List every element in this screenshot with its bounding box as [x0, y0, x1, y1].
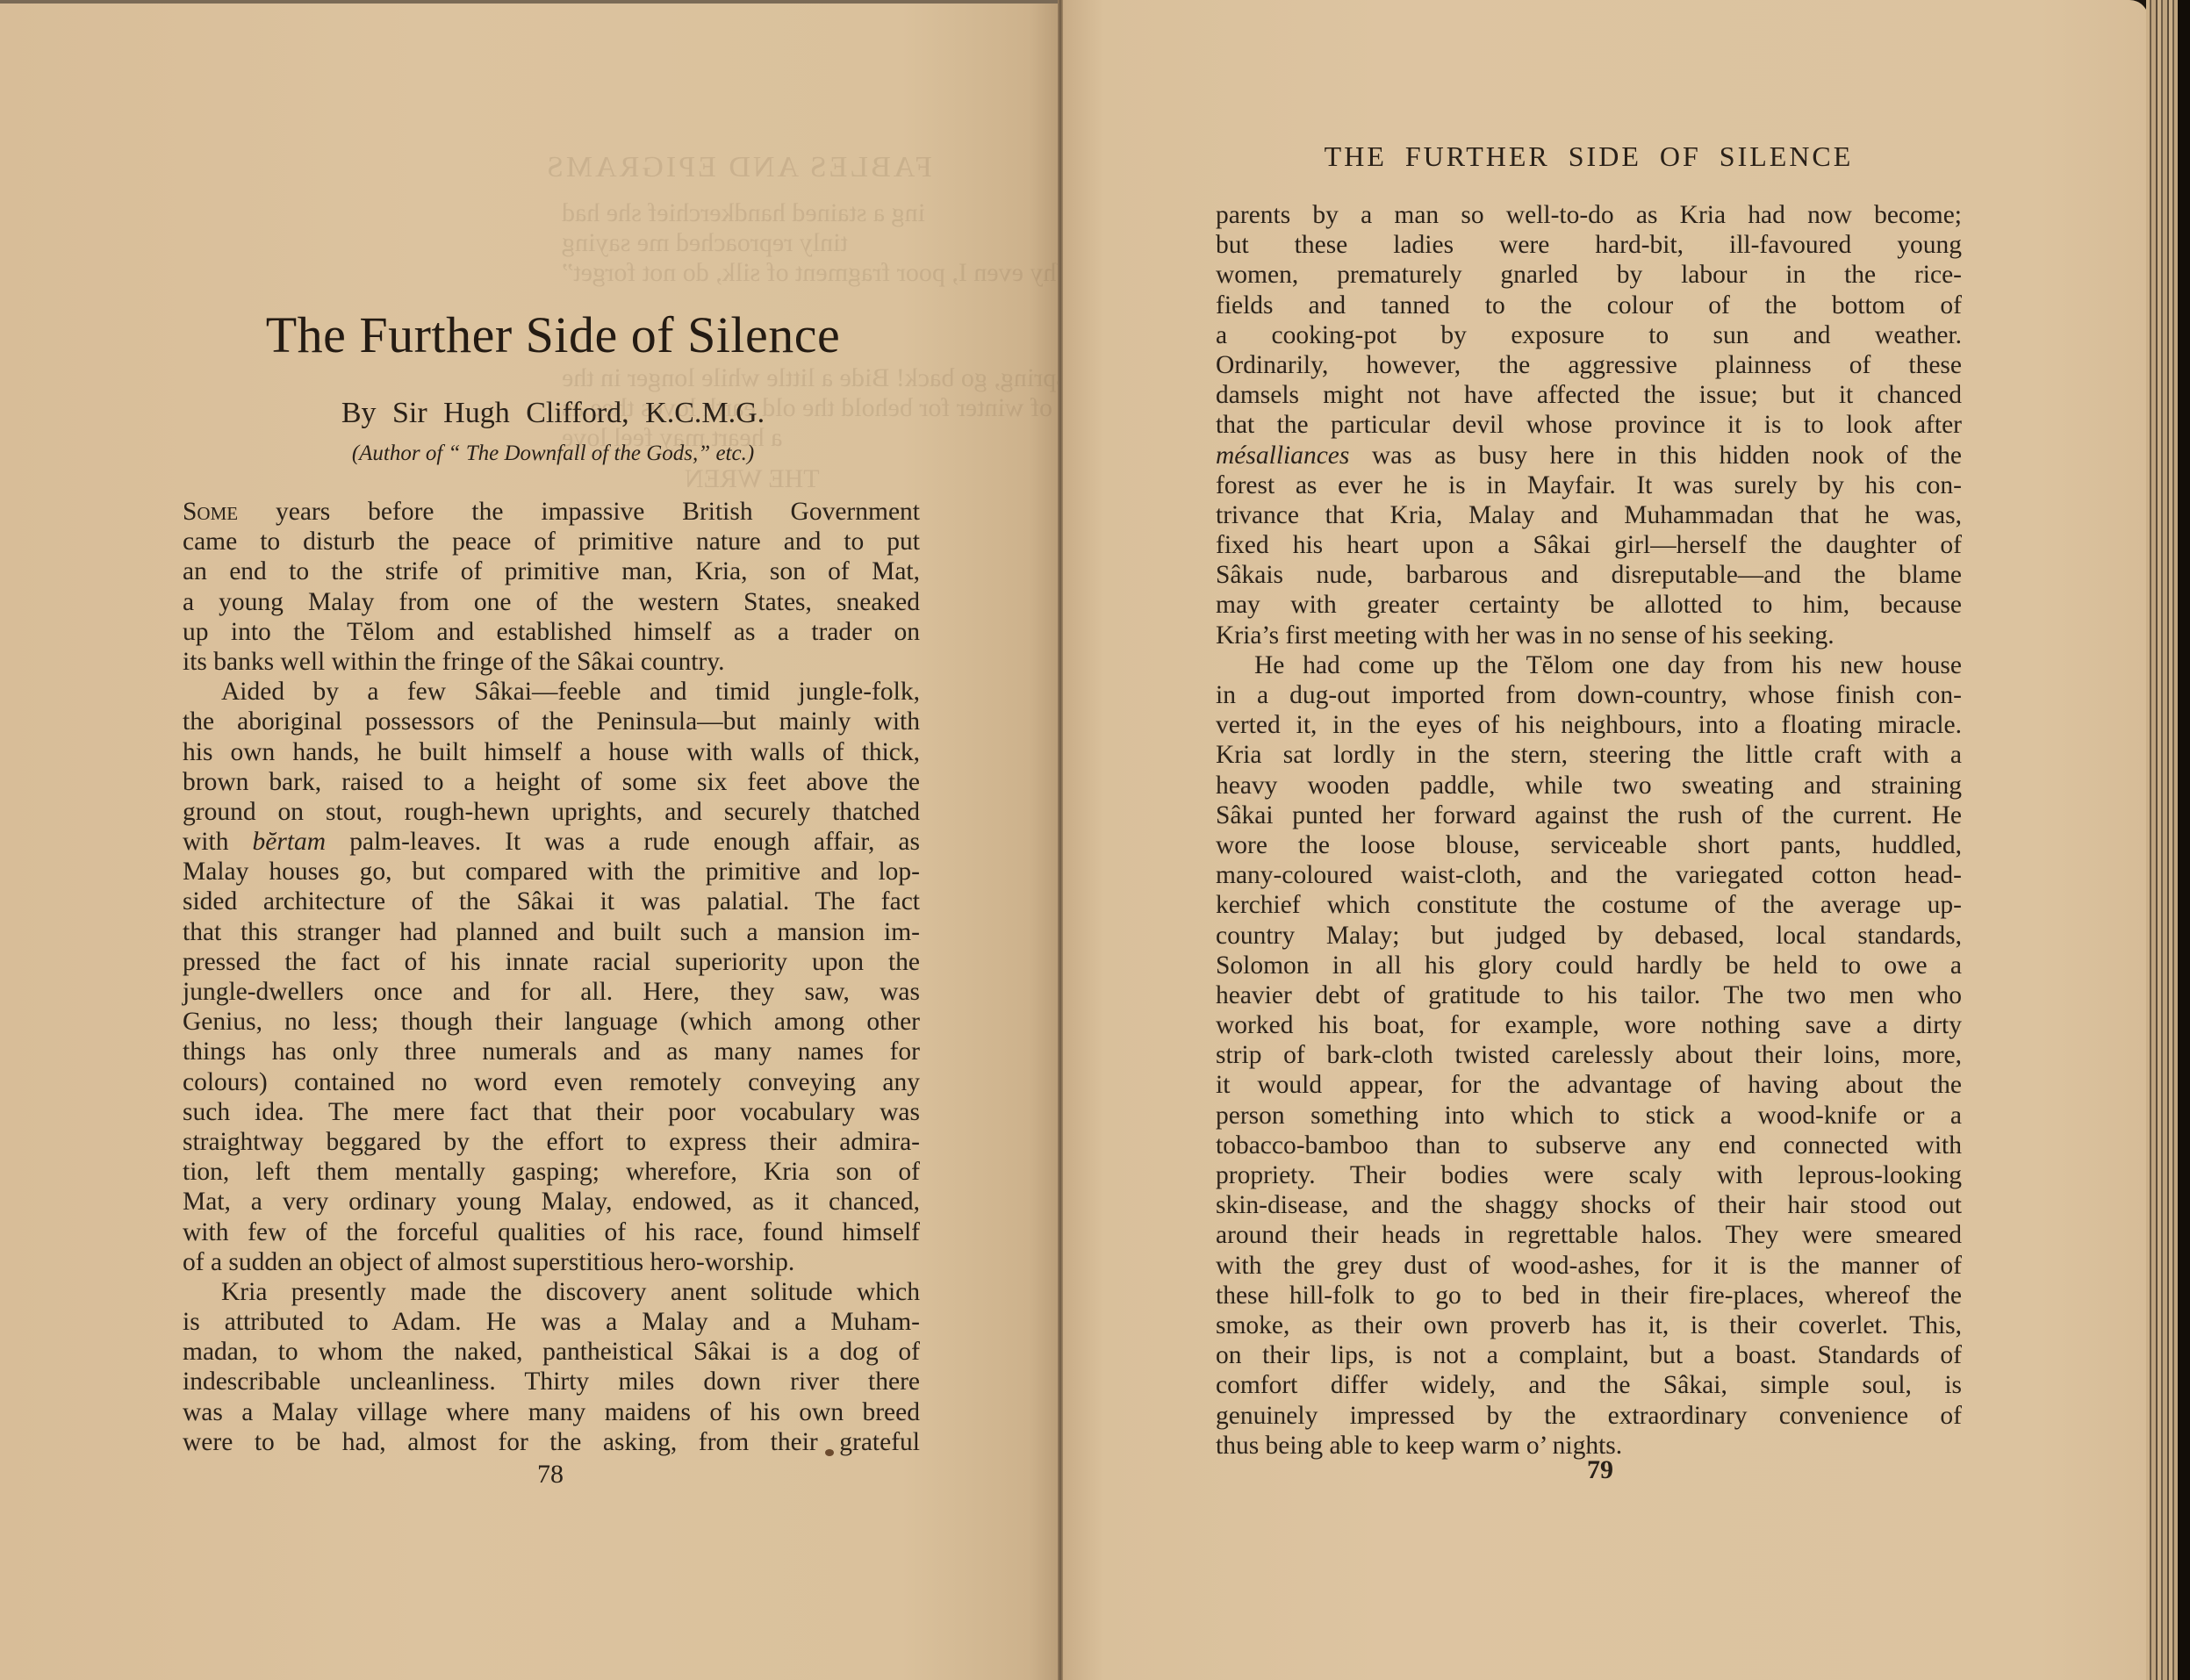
text-line: may with greater certainty be allotted t… [1216, 590, 1962, 620]
text-line: Ordinarily, however, the aggressive plai… [1216, 350, 1962, 380]
text-line: Some years before the impassive British … [183, 497, 920, 527]
text-line: fixed his heart upon a Sâkai girl—hersel… [1216, 530, 1962, 560]
text-line: wore the loose blouse, serviceable short… [1216, 830, 1962, 860]
text-line: with bĕrtam palm-leaves. It was a rude e… [183, 827, 920, 857]
text-line: was a Malay village where many maidens o… [183, 1397, 920, 1427]
text-line: ground on stout, rough-hewn uprights, an… [183, 797, 920, 827]
author-credit: (Author of “ The Downfall of the Gods,” … [219, 442, 887, 466]
open-book-spread: FABLES AND EPIGRAMS ing a stained handke… [0, 0, 2190, 1680]
text-line: person something into which to stick a w… [1216, 1101, 1962, 1131]
bleed-line: ing a stained handkerchief she had [562, 198, 925, 228]
bleed-line: tinly reproached me saying [562, 228, 848, 258]
text-line: brown bark, raised to a height of some s… [183, 767, 920, 797]
running-head: THE FURTHER SIDE OF SILENCE [1216, 140, 1962, 173]
text-line: came to disturb the peace of primitive n… [183, 527, 920, 556]
text-line: were to be had, almost for the asking, f… [183, 1427, 920, 1457]
text-line: damsels might not have affected the issu… [1216, 380, 1962, 410]
left-page-body: Some years before the impassive British … [183, 497, 920, 1457]
text-line: around their heads in regrettable halos.… [1216, 1220, 1962, 1250]
text-line: women, prematurely gnarled by labour in … [1216, 260, 1962, 290]
text-line: sided architecture of the Sâkai it was p… [183, 887, 920, 916]
text-line: heavy wooden paddle, while two sweating … [1216, 771, 1962, 801]
text-line: in a dug-out imported from down-country,… [1216, 680, 1962, 710]
article-title: The Further Side of Silence [219, 305, 887, 364]
text-line: jungle-dwellers once and for all. Here, … [183, 977, 920, 1007]
text-line: indescribable uncleanliness. Thirty mile… [183, 1367, 920, 1396]
text-line: Solomon in all his glory could hardly be… [1216, 951, 1962, 980]
italic-term: mésalliances [1216, 442, 1349, 470]
text-line: pressed the fact of his innate racial su… [183, 947, 920, 977]
bleed-heading: FABLES AND EPIGRAMS [544, 151, 932, 184]
text-line: with few of the forceful qualities of hi… [183, 1217, 920, 1247]
text-line: tobacco-bamboo than to subserve any end … [1216, 1131, 1962, 1160]
text-line: forest as ever he is in Mayfair. It was … [1216, 470, 1962, 500]
text-line: comfort differ widely, and the Sâkai, si… [1216, 1370, 1962, 1400]
text-line: Sâkais nude, barbarous and disreputable—… [1216, 560, 1962, 590]
text-line: on their lips, is not a complaint, but a… [1216, 1340, 1962, 1370]
text-line: a cooking-pot by exposure to sun and wea… [1216, 320, 1962, 350]
text-line: Kria sat lordly in the stern, steering t… [1216, 740, 1962, 770]
text-line: Kria presently made the discovery anent … [183, 1277, 920, 1307]
text-line: verted it, in the eyes of his neighbours… [1216, 710, 1962, 740]
text-line: genuinely impressed by the extraordinary… [1216, 1401, 1962, 1431]
text-line: these hill-folk to go to bed in their fi… [1216, 1281, 1962, 1310]
text-line: Genius, no less; though their language (… [183, 1007, 920, 1037]
bleed-line: THE WREN [685, 464, 820, 494]
text-line: fields and tanned to the colour of the b… [1216, 291, 1962, 320]
text-line: an end to the strife of primitive man, K… [183, 556, 920, 586]
book-gutter [1058, 0, 1063, 1680]
text-line: kerchief which constitute the costume of… [1216, 890, 1962, 920]
text-line: that this stranger had planned and built… [183, 917, 920, 947]
text-line: that the particular devil whose province… [1216, 410, 1962, 440]
text-line: strip of bark-cloth twisted carelessly a… [1216, 1040, 1962, 1070]
author-byline: By Sir Hugh Clifford, K.C.M.G. [219, 397, 887, 430]
text-line: Aided by a few Sâkai—feeble and timid ju… [183, 677, 920, 707]
text-line: its banks well within the fringe of the … [183, 647, 920, 677]
text-line: worked his boat, for example, wore nothi… [1216, 1010, 1962, 1040]
text-line: with the grey dust of wood-ashes, for it… [1216, 1251, 1962, 1281]
italic-term: bĕrtam [253, 828, 327, 856]
text-line: straightway beggared by the effort to ex… [183, 1127, 920, 1157]
text-line: many-coloured waist-cloth, and the varie… [1216, 860, 1962, 890]
page-number-right: 79 [1587, 1455, 1613, 1485]
text-line: smoke, as their own proverb has it, is t… [1216, 1310, 1962, 1340]
text-line: trivance that Kria, Malay and Muhammadan… [1216, 500, 1962, 530]
text-line: country Malay; but judged by debased, lo… [1216, 921, 1962, 951]
drop-smallcaps: Some [183, 498, 238, 526]
text-line: such idea. The mere fact that their poor… [183, 1097, 920, 1127]
bleed-line: O spring, go back! Bide a little while l… [562, 363, 1092, 393]
text-line: but these ladies were hard-bit, ill-favo… [1216, 230, 1962, 260]
text-line: skin-disease, and the shaggy shocks of t… [1216, 1190, 1962, 1220]
text-line: colours) contained no word even remotely… [183, 1067, 920, 1097]
ink-stain [825, 1449, 834, 1456]
text-line: Sâkai punted her forward against the rus… [1216, 801, 1962, 830]
text-line: the aboriginal possessors of the Peninsu… [183, 707, 920, 736]
text-line: Mat, a very ordinary young Malay, endowe… [183, 1187, 920, 1217]
text-line: things has only three numerals and as ma… [183, 1037, 920, 1066]
text-line: his own hands, he built himself a house … [183, 737, 920, 767]
text-line: Malay houses go, but compared with the p… [183, 857, 920, 887]
text-line: He had come up the Tĕlom one day from hi… [1216, 650, 1962, 680]
right-page-body: parents by a man so well-to-do as Kria h… [1216, 200, 1962, 1461]
text-line: of a sudden an object of almost supersti… [183, 1247, 920, 1277]
bleed-line: “Why even I, poor fragment of silk, do n… [562, 258, 1093, 288]
text-line: mésalliances was as busy here in this hi… [1216, 441, 1962, 470]
page-number-left: 78 [537, 1460, 564, 1490]
text-line: madan, to whom the naked, pantheistical … [183, 1337, 920, 1367]
text-line: a young Malay from one of the western St… [183, 587, 920, 617]
text-line: tion, left them mentally gasping; wheref… [183, 1157, 920, 1187]
text-line: parents by a man so well-to-do as Kria h… [1216, 200, 1962, 230]
text-line: up into the Tĕlom and established himsel… [183, 617, 920, 647]
text-line: it would appear, for the advantage of ha… [1216, 1070, 1962, 1100]
text-line: is attributed to Adam. He was a Malay an… [183, 1307, 920, 1337]
text-line: propriety. Their bodies were scaly with … [1216, 1160, 1962, 1190]
text-line: heavier debt of gratitude to his tailor.… [1216, 980, 1962, 1010]
book-edge-shadow [2178, 0, 2190, 1680]
text-line: Kria’s first meeting with her was in no … [1216, 621, 1962, 650]
